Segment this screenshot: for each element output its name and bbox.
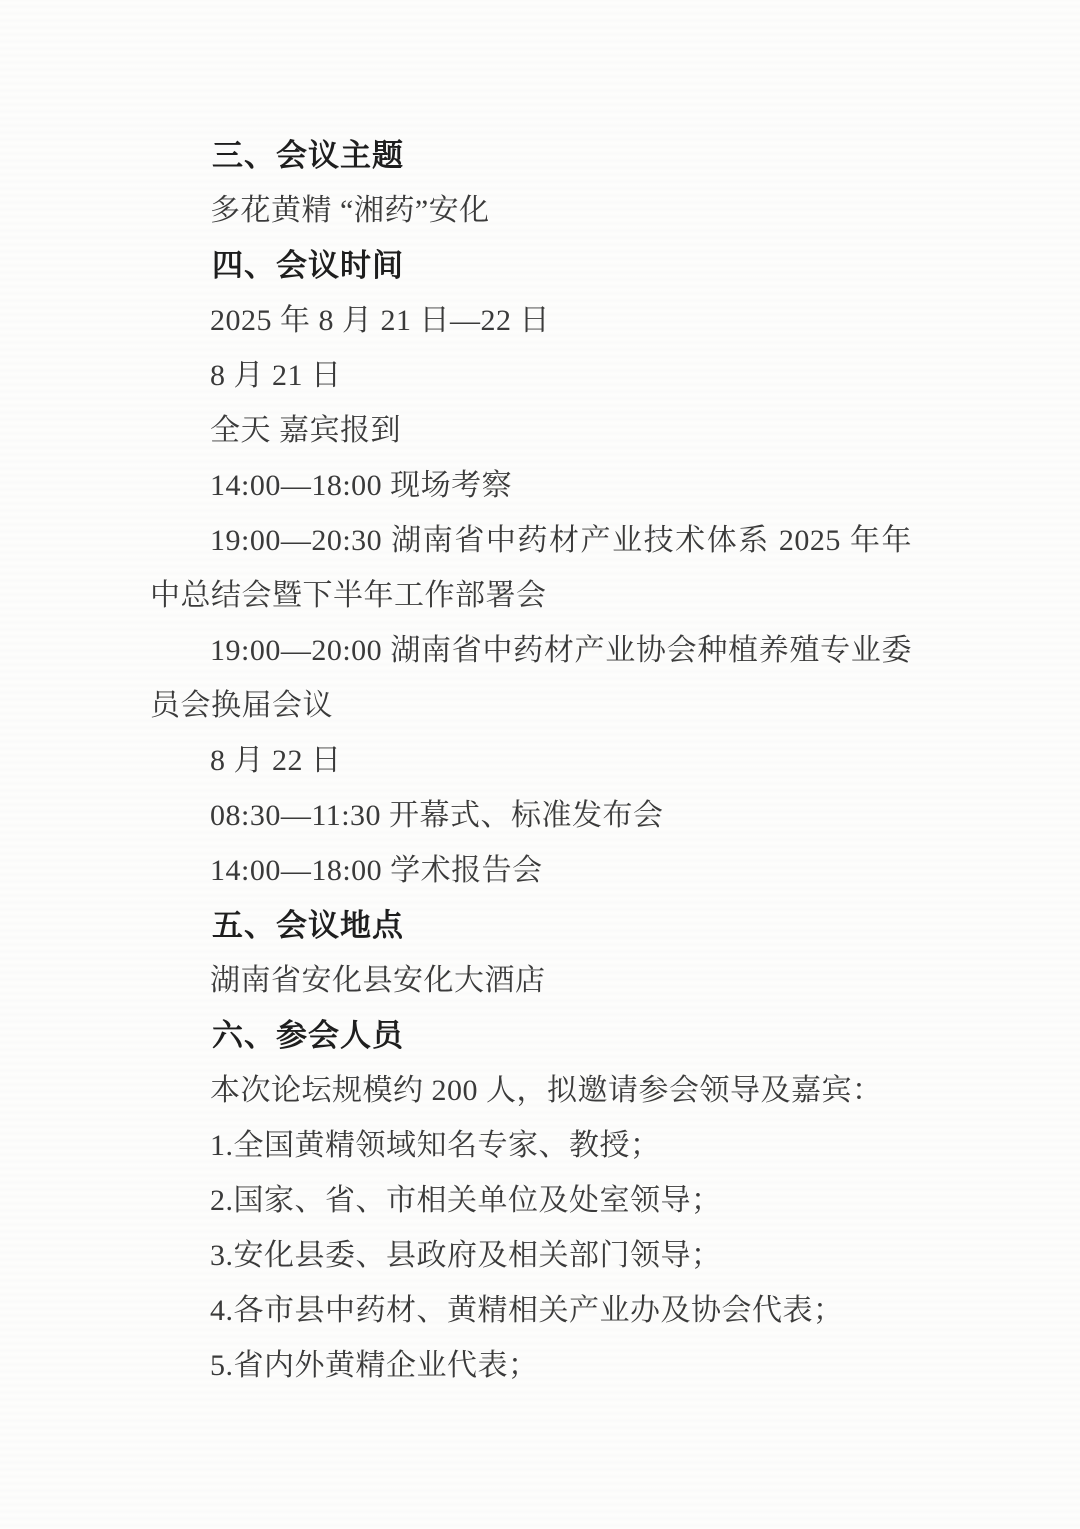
paragraph: 19:00—20:00 湖南省中药材产业协会种植养殖专业委员会换届会议 — [150, 623, 912, 733]
paragraph: 19:00—20:30 湖南省中药材产业技术体系 2025 年年中总结会暨下半年… — [150, 513, 912, 623]
paragraph: 14:00—18:00 现场考察 — [150, 458, 912, 513]
section-heading: 五、会议地点 — [150, 898, 912, 953]
paragraph: 8 月 22 日 — [150, 733, 912, 788]
paragraph: 1.全国黄精领域知名专家、教授； — [150, 1118, 912, 1173]
paragraph: 4.各市县中药材、黄精相关产业办及协会代表； — [150, 1283, 912, 1338]
section-heading: 六、参会人员 — [150, 1008, 912, 1063]
paragraph: 5.省内外黄精企业代表； — [150, 1338, 912, 1393]
document-page: 三、会议主题多花黄精 “湘药”安化四、会议时间2025 年 8 月 21 日—2… — [0, 0, 1080, 1529]
paragraph: 本次论坛规模约 200 人，拟邀请参会领导及嘉宾： — [150, 1063, 912, 1118]
paragraph: 08:30—11:30 开幕式、标准发布会 — [150, 788, 912, 843]
document-body: 三、会议主题多花黄精 “湘药”安化四、会议时间2025 年 8 月 21 日—2… — [150, 128, 912, 1393]
paragraph: 全天 嘉宾报到 — [150, 403, 912, 458]
paragraph: 14:00—18:00 学术报告会 — [150, 843, 912, 898]
paragraph: 多花黄精 “湘药”安化 — [150, 183, 912, 238]
section-heading: 三、会议主题 — [150, 128, 912, 183]
section-heading: 四、会议时间 — [150, 238, 912, 293]
paragraph: 2025 年 8 月 21 日—22 日 — [150, 293, 912, 348]
paragraph: 8 月 21 日 — [150, 348, 912, 403]
paragraph: 3.安化县委、县政府及相关部门领导； — [150, 1228, 912, 1283]
paragraph: 2.国家、省、市相关单位及处室领导； — [150, 1173, 912, 1228]
paragraph: 湖南省安化县安化大酒店 — [150, 953, 912, 1008]
